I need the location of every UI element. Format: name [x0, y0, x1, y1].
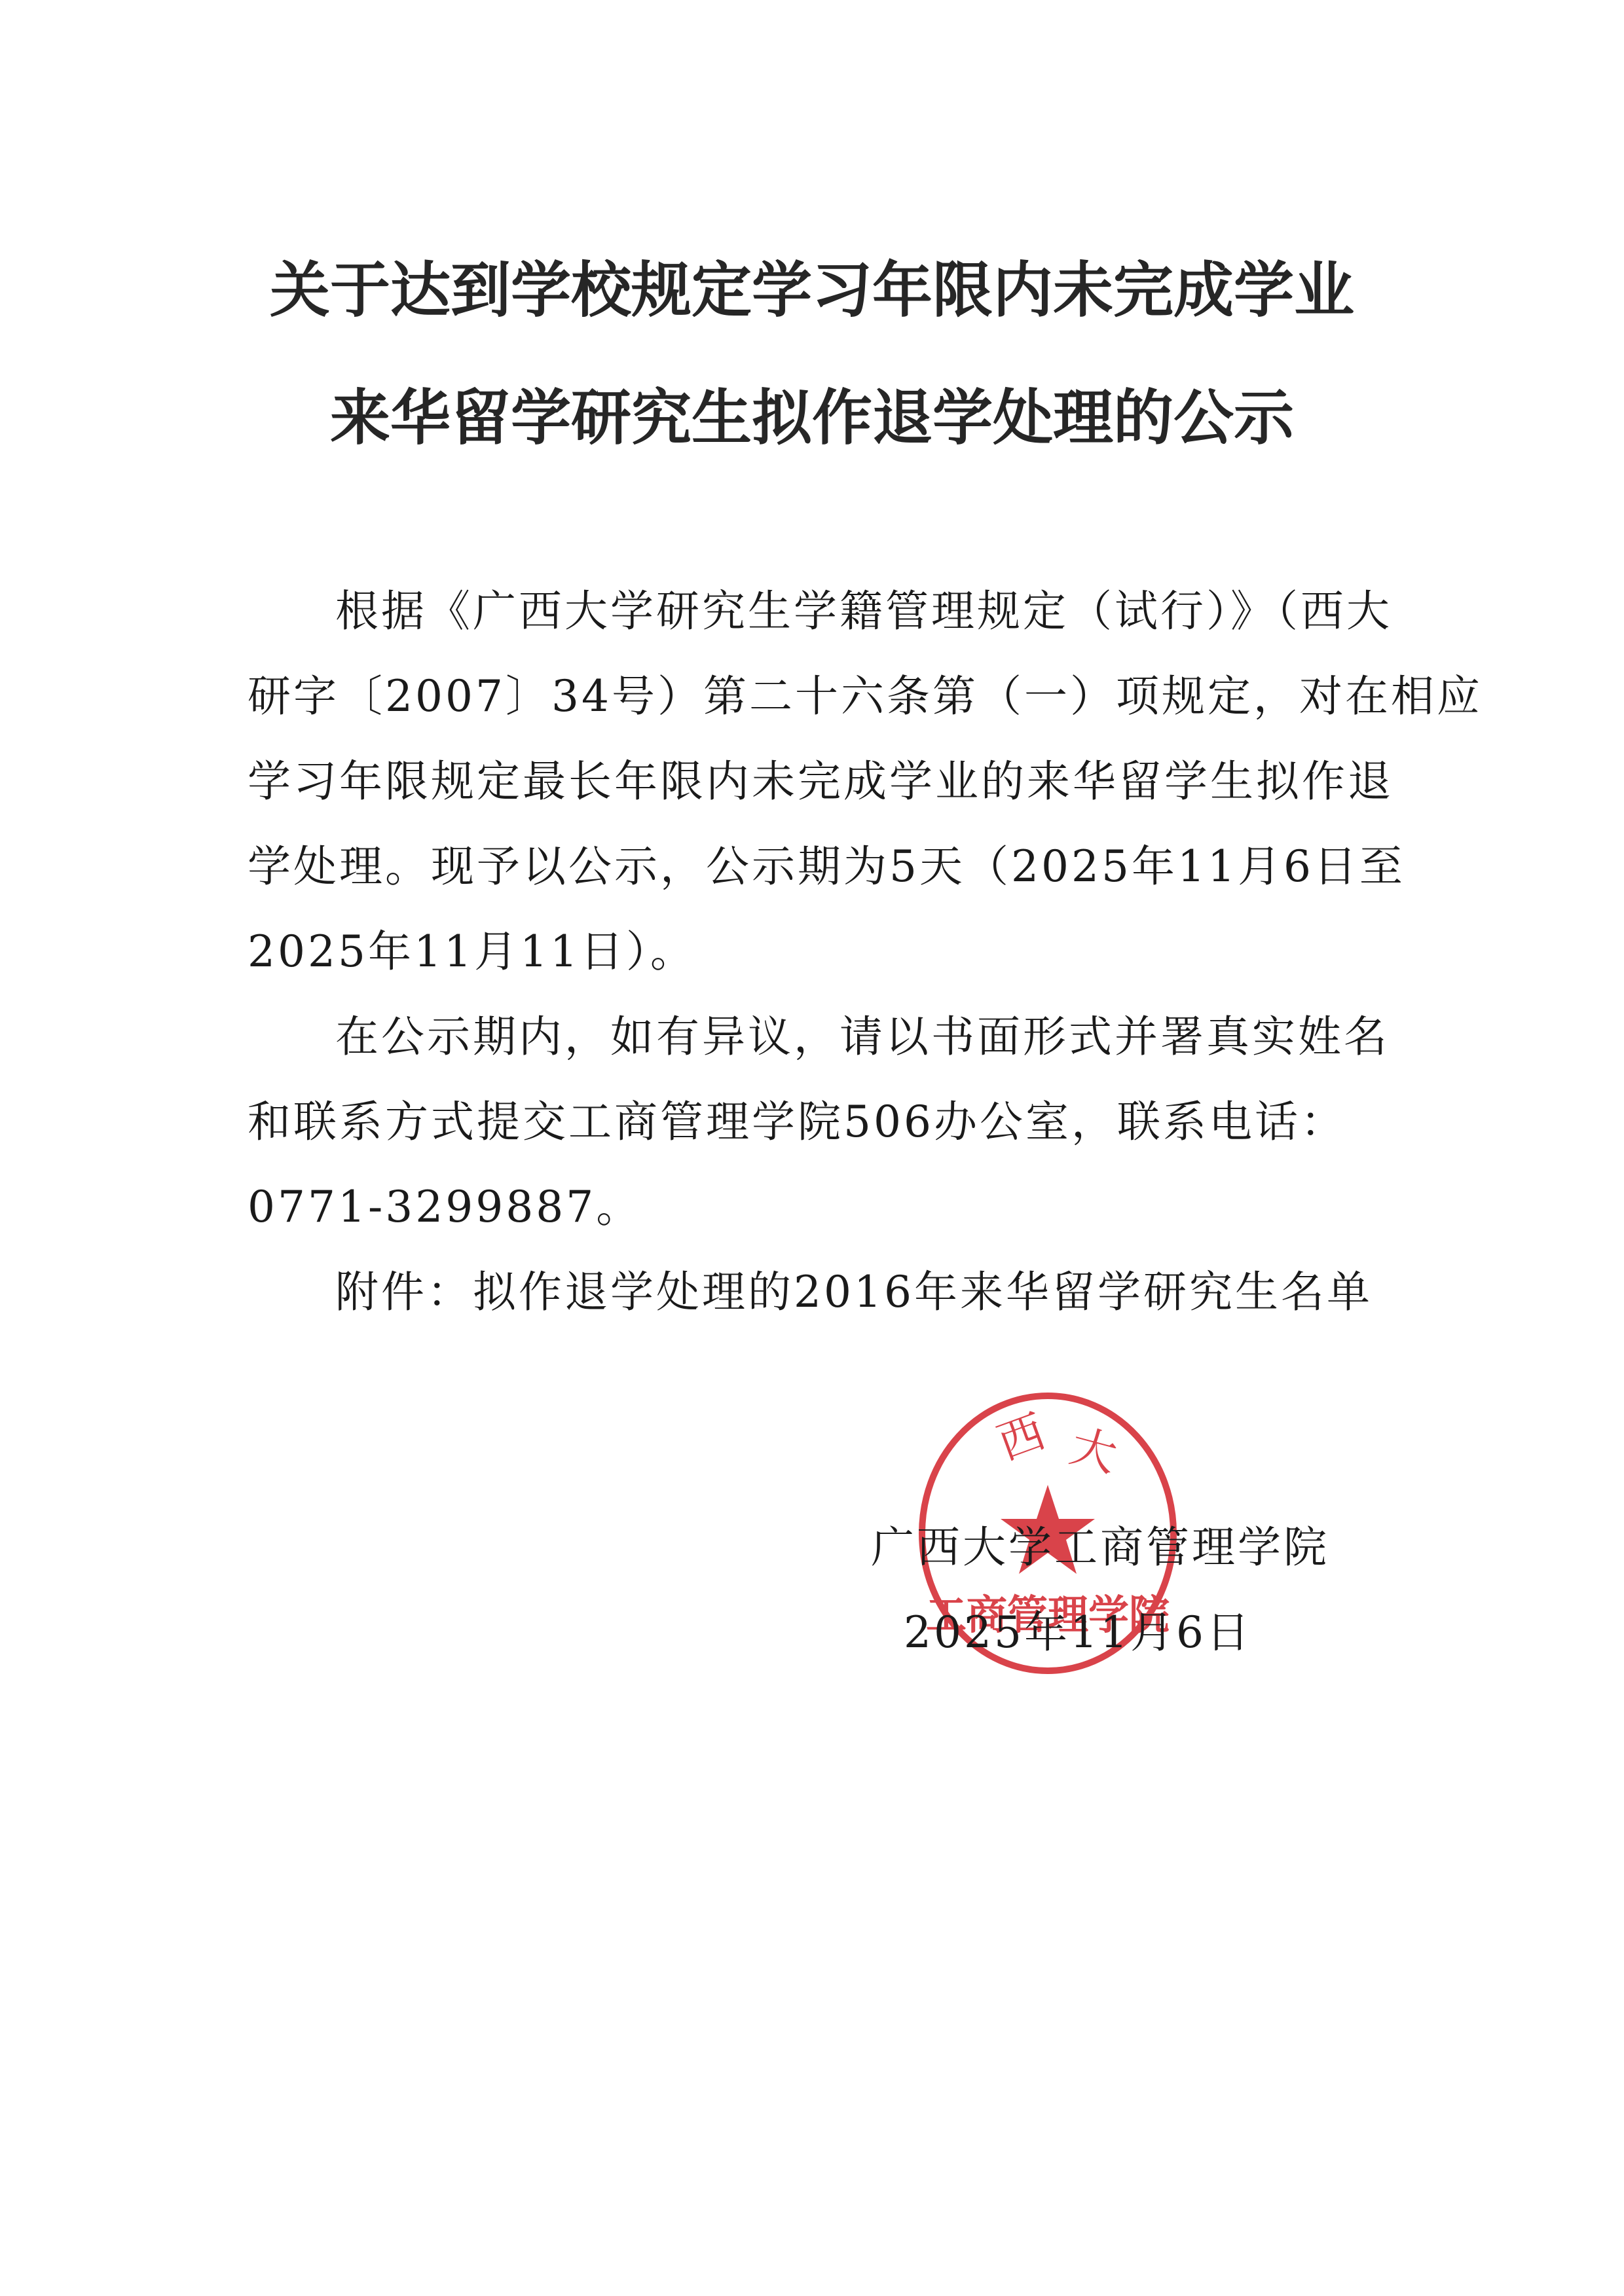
paragraph1-line1: 根据《广西大学研究生学籍管理规定（试行）》（西大 — [335, 576, 1392, 638]
paragraph2-line3: 0771-3299887。 — [248, 1172, 642, 1234]
paragraph1-line2: 研字〔2007〕34号）第二十六条第（一）项规定，对在相应 — [248, 661, 1483, 723]
signature-organization: 广西大学工商管理学院 — [871, 1512, 1329, 1575]
svg-text:大: 大 — [1065, 1419, 1123, 1482]
title-line-2: 来华留学研究生拟作退学处理的公示 — [0, 370, 1624, 456]
paragraph1-line5: 2025年11月11日）。 — [248, 917, 696, 979]
paragraph1-line4: 学处理。现予以公示，公示期为5天（2025年11月6日至 — [248, 831, 1405, 894]
title-line-1: 关于达到学校规定学习年限内未完成学业 — [0, 242, 1624, 329]
paragraph1-line3: 学习年限规定最长年限内未完成学业的来华留学生拟作退 — [248, 746, 1393, 809]
svg-text:西: 西 — [991, 1404, 1052, 1470]
paragraph2-line1: 在公示期内，如有异议，请以书面形式并署真实姓名 — [335, 1002, 1390, 1064]
signature-date: 2025年11月6日 — [904, 1597, 1252, 1660]
attachment-line: 附件：拟作退学处理的2016年来华留学研究生名单 — [335, 1257, 1373, 1319]
paragraph2-line2: 和联系方式提交工商管理学院506办公室，联系电话： — [248, 1087, 1346, 1149]
